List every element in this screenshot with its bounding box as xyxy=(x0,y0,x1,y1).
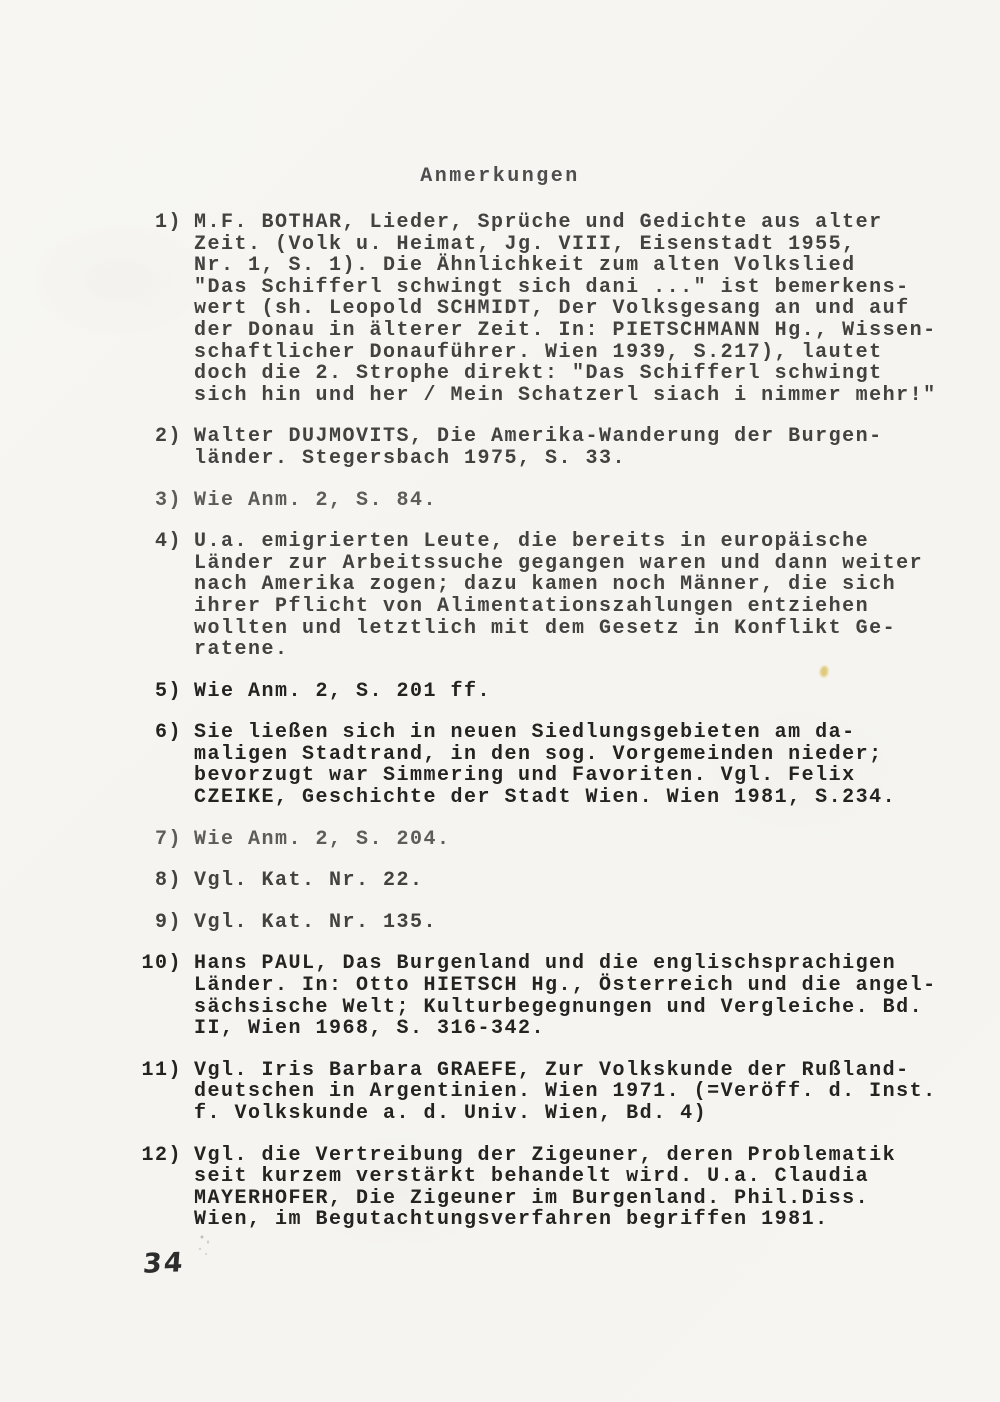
footnote-number: 1) xyxy=(138,212,182,234)
footnote-number: 12) xyxy=(138,1145,182,1167)
footnote-text: Wie Anm. 2, S. 84. xyxy=(194,490,437,512)
footnote-text: Vgl. Iris Barbara GRAEFE, Zur Volkskunde… xyxy=(194,1060,937,1125)
footnote-number: 5) xyxy=(138,681,182,703)
footnote-text: Wie Anm. 2, S. 204. xyxy=(194,829,451,851)
footnote-list: 1) M.F. BOTHAR, Lieder, Sprüche und Gedi… xyxy=(0,212,1000,1231)
footnote-text: Sie ließen sich in neuen Siedlungsgebiet… xyxy=(194,722,896,808)
footnote-text: Hans PAUL, Das Burgenland und die englis… xyxy=(194,953,937,1039)
footnote-8: 8) Vgl. Kat. Nr. 22. xyxy=(138,870,1000,892)
footnote-4: 4) U.a. emigrierten Leute, die bereits i… xyxy=(138,531,1000,661)
footnote-number: 4) xyxy=(138,531,182,553)
footnote-text: Wie Anm. 2, S. 201 ff. xyxy=(194,681,491,703)
footnote-1: 1) M.F. BOTHAR, Lieder, Sprüche und Gedi… xyxy=(138,212,1000,406)
footnote-text: Walter DUJMOVITS, Die Amerika-Wanderung … xyxy=(194,426,883,469)
footnote-number: 8) xyxy=(138,870,182,892)
footnote-number: 10) xyxy=(138,953,182,975)
footnote-12: 12) Vgl. die Vertreibung der Zigeuner, d… xyxy=(138,1145,1000,1231)
footnote-text: M.F. BOTHAR, Lieder, Sprüche und Gedicht… xyxy=(194,212,937,406)
footnote-7: 7) Wie Anm. 2, S. 204. xyxy=(138,829,1000,851)
footnote-text: Vgl. die Vertreibung der Zigeuner, deren… xyxy=(194,1145,896,1231)
footnote-6: 6) Sie ließen sich in neuen Siedlungsgeb… xyxy=(138,722,1000,808)
footnote-number: 3) xyxy=(138,490,182,512)
footnote-10: 10) Hans PAUL, Das Burgenland und die en… xyxy=(138,953,1000,1039)
footnote-number: 6) xyxy=(138,722,182,744)
footnote-number: 9) xyxy=(138,912,182,934)
footnote-text: Vgl. Kat. Nr. 22. xyxy=(194,870,424,892)
footnote-5: 5) Wie Anm. 2, S. 201 ff. xyxy=(138,681,1000,703)
scanned-document-page: Anmerkungen 1) M.F. BOTHAR, Lieder, Sprü… xyxy=(0,0,1000,1402)
ink-smudge xyxy=(196,1233,212,1257)
footnote-number: 7) xyxy=(138,829,182,851)
footnote-3: 3) Wie Anm. 2, S. 84. xyxy=(138,490,1000,512)
footnote-2: 2) Walter DUJMOVITS, Die Amerika-Wanderu… xyxy=(138,426,1000,469)
footnote-number: 11) xyxy=(138,1060,182,1082)
footnote-11: 11) Vgl. Iris Barbara GRAEFE, Zur Volksk… xyxy=(138,1060,1000,1125)
footnote-text: U.a. emigrierten Leute, die bereits in e… xyxy=(194,531,923,661)
footnote-9: 9) Vgl. Kat. Nr. 135. xyxy=(138,912,1000,934)
footnote-number: 2) xyxy=(138,426,182,448)
footnote-text: Vgl. Kat. Nr. 135. xyxy=(194,912,437,934)
page-title: Anmerkungen xyxy=(0,166,1000,188)
page-number: 34 xyxy=(142,1247,186,1280)
